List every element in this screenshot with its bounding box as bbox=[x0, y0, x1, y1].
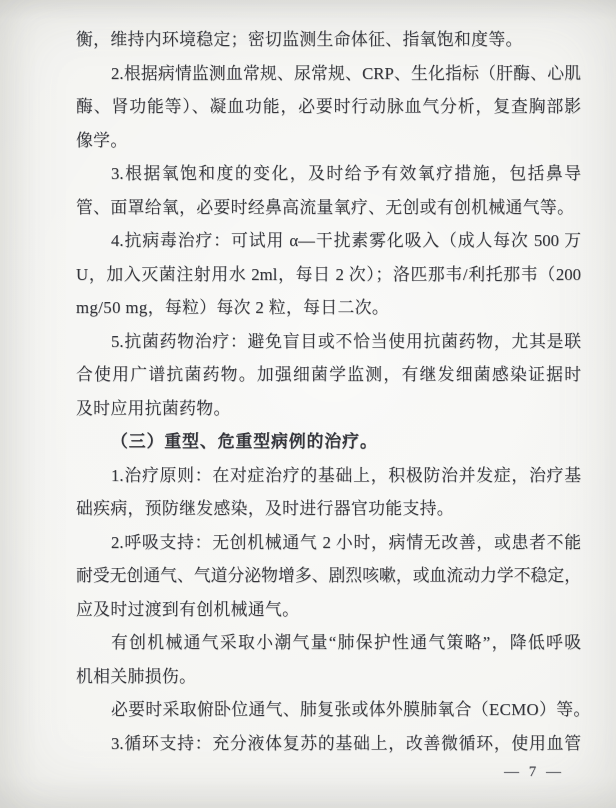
text-line: 应及时过渡到有创机械通气。 bbox=[76, 593, 581, 627]
text-line: 有创机械通气采取小潮气量“肺保护性通气策略”，降低呼吸 bbox=[76, 626, 581, 660]
text-line: 1.治疗原则：在对症治疗的基础上，积极防治并发症，治疗基 bbox=[76, 459, 581, 493]
document-body: 衡，维持内环境稳定；密切监测生命体征、指氧饱和度等。2.根据病情监测血常规、尿常… bbox=[76, 23, 581, 760]
text-line: 衡，维持内环境稳定；密切监测生命体征、指氧饱和度等。 bbox=[76, 23, 581, 57]
text-line: mg/50 mg，每粒）每次 2 粒，每日二次。 bbox=[76, 291, 581, 325]
text-line: 耐受无创通气、气道分泌物增多、剧烈咳嗽，或血流动力学不稳定， bbox=[76, 559, 581, 593]
text-line: 3.循环支持：充分液体复苏的基础上，改善微循环，使用血管 bbox=[76, 727, 581, 761]
text-line: 机相关肺损伤。 bbox=[76, 660, 581, 694]
text-line: 酶、肾功能等）、凝血功能，必要时行动脉血气分析，复查胸部影 bbox=[76, 90, 581, 124]
text-line: 合使用广谱抗菌药物。加强细菌学监测，有继发细菌感染证据时 bbox=[76, 358, 581, 392]
page-number: — 7 — bbox=[504, 758, 564, 786]
text-line: 像学。 bbox=[76, 124, 581, 158]
text-line: 3.根据氧饱和度的变化，及时给予有效氧疗措施，包括鼻导 bbox=[76, 157, 581, 191]
document-page: 衡，维持内环境稳定；密切监测生命体征、指氧饱和度等。2.根据病情监测血常规、尿常… bbox=[0, 0, 616, 808]
text-line: U，加入灭菌注射用水 2ml，每日 2 次）；洛匹那韦/利托那韦（200 bbox=[76, 258, 581, 292]
text-line: （三）重型、危重型病例的治疗。 bbox=[76, 425, 581, 459]
text-line: 5.抗菌药物治疗：避免盲目或不恰当使用抗菌药物，尤其是联 bbox=[76, 325, 581, 359]
text-line: 及时应用抗菌药物。 bbox=[76, 392, 581, 426]
text-line: 管、面罩给氧，必要时经鼻高流量氧疗、无创或有创机械通气等。 bbox=[76, 191, 581, 225]
text-line: 2.根据病情监测血常规、尿常规、CRP、生化指标（肝酶、心肌 bbox=[76, 57, 581, 91]
text-line: 4.抗病毒治疗：可试用 α—干扰素雾化吸入（成人每次 500 万 bbox=[76, 224, 581, 258]
text-line: 2.呼吸支持：无创机械通气 2 小时，病情无改善，或患者不能 bbox=[76, 526, 581, 560]
text-line: 础疾病，预防继发感染，及时进行器官功能支持。 bbox=[76, 492, 581, 526]
text-line: 必要时采取俯卧位通气、肺复张或体外膜肺氧合（ECMO）等。 bbox=[76, 693, 581, 727]
